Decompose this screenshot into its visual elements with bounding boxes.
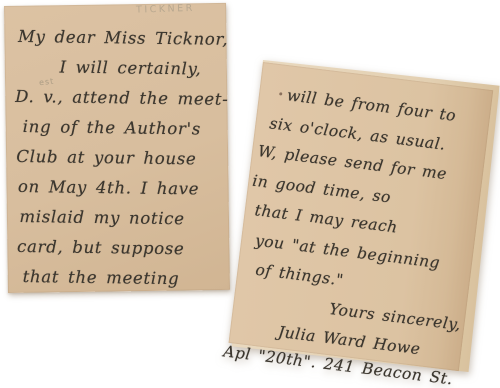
letter-page-left: TICKNER est My dear Miss Ticknor, I will… — [4, 3, 230, 293]
right-page-text-block: will be from four to six o'clock, as usu… — [243, 80, 492, 388]
handwriting-line: D. v., attend the meet- — [15, 82, 223, 115]
handwriting-line: W, please send for me — [256, 137, 485, 194]
handwriting-line: you "at the beginning — [253, 226, 474, 282]
handwriting-line: card, but suppose — [17, 232, 221, 265]
handwriting-line: mislaid my notice — [19, 202, 221, 235]
handwriting-line: Julia Ward Howe — [276, 318, 463, 370]
handwriting-line: in good time, so — [251, 166, 482, 223]
handwriting-line: will be from four to — [285, 81, 492, 135]
handwriting-line: Apl "20th". 241 Beacon St. — [222, 337, 461, 388]
letter-page-right: will be from four to six o'clock, as usu… — [229, 62, 494, 371]
handwriting-line: My dear Miss Ticknor, — [18, 22, 224, 55]
letter-page-right-backfold — [232, 60, 500, 372]
ink-spot — [279, 92, 282, 95]
handwriting-line: Yours sincerely, — [328, 295, 468, 341]
handwriting-line: that I may reach — [253, 196, 478, 252]
pencil-annotation-ticknor: TICKNER — [136, 3, 195, 16]
handwriting-line: ing of the Author's — [23, 112, 223, 145]
left-page-text-block: My dear Miss Ticknor, I will certainly, … — [10, 22, 224, 295]
handwriting-line: I will certainly, — [59, 52, 223, 84]
handwriting-line: on May 4th. I have — [18, 172, 222, 205]
handwriting-line: Club at your house — [16, 142, 222, 175]
handwriting-line: of things." — [254, 256, 471, 311]
handwriting-line: six o'clock, as usual. — [268, 109, 489, 165]
letter-photograph: TICKNER est My dear Miss Ticknor, I will… — [0, 0, 500, 388]
handwriting-line: that the meeting — [22, 262, 220, 295]
